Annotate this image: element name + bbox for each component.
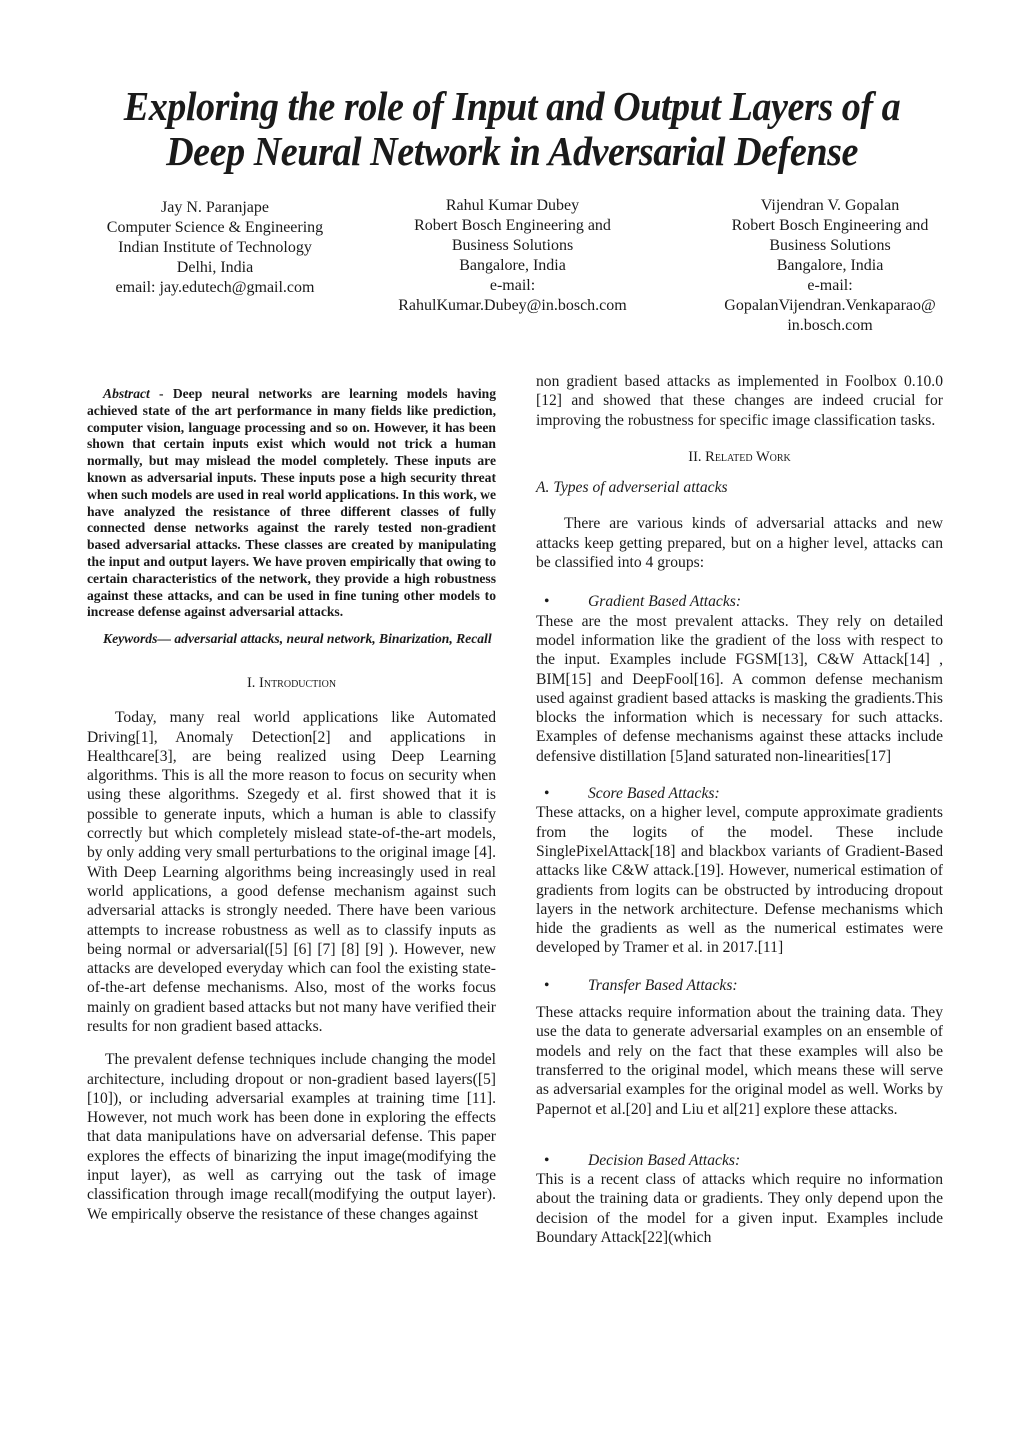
title-line-1: Exploring the role of Input and Output L…: [73, 84, 951, 129]
bullet-icon: •: [544, 1151, 588, 1170]
intro-paragraph-1: Today, many real world applications like…: [87, 708, 496, 1036]
bullet-icon: •: [544, 976, 588, 995]
bullet-title: Gradient Based Attacks:: [588, 593, 741, 610]
author-affiliation: Business Solutions: [380, 236, 645, 256]
author-email: RahulKumar.Dubey@in.bosch.com: [380, 296, 645, 316]
author-email-label: e-mail:: [690, 276, 970, 296]
bullet-score-based: •Score Based Attacks:: [536, 784, 943, 803]
author-name: Vijendran V. Gopalan: [690, 196, 970, 216]
author-email-label: e-mail:: [380, 276, 645, 296]
keywords-label: Keywords—: [103, 631, 171, 646]
author-3: Vijendran V. Gopalan Robert Bosch Engine…: [690, 196, 970, 336]
author-email: email: jay.edutech@gmail.com: [90, 278, 340, 298]
abstract-separator: -: [150, 386, 173, 401]
author-affiliation: Business Solutions: [690, 236, 970, 256]
bullet-gradient-based: •Gradient Based Attacks:: [536, 592, 943, 611]
right-column: non gradient based attacks as implemente…: [536, 372, 943, 1247]
related-intro: There are various kinds of adversarial a…: [536, 514, 943, 572]
author-location: Bangalore, India: [690, 256, 970, 276]
bullet-text-transfer: These attacks require information about …: [536, 1003, 943, 1119]
bullet-text-score: These attacks, on a higher level, comput…: [536, 803, 943, 957]
author-name: Jay N. Paranjape: [90, 198, 340, 218]
author-email-cont: in.bosch.com: [690, 316, 970, 336]
intro-paragraph-2: The prevalent defense techniques include…: [87, 1050, 496, 1224]
author-affiliation: Computer Science & Engineering: [90, 218, 340, 238]
left-column: Abstract - Deep neural networks are lear…: [87, 386, 496, 1224]
author-2: Rahul Kumar Dubey Robert Bosch Engineeri…: [380, 196, 645, 316]
author-email: GopalanVijendran.Venkaparao@: [690, 296, 970, 316]
subsection-heading: A. Types of adverserial attacks: [536, 478, 943, 497]
paper-title: Exploring the role of Input and Output L…: [73, 84, 951, 174]
bullet-icon: •: [544, 592, 588, 611]
author-location: Bangalore, India: [380, 256, 645, 276]
author-name: Rahul Kumar Dubey: [380, 196, 645, 216]
keywords: Keywords— adversarial attacks, neural ne…: [87, 631, 496, 648]
bullet-text-decision: This is a recent class of attacks which …: [536, 1170, 943, 1247]
author-affiliation: Robert Bosch Engineering and: [380, 216, 645, 236]
author-affiliation: Robert Bosch Engineering and: [690, 216, 970, 236]
abstract: Abstract - Deep neural networks are lear…: [87, 386, 496, 621]
abstract-label: Abstract: [103, 386, 150, 401]
keywords-text: adversarial attacks, neural network, Bin…: [174, 631, 491, 646]
bullet-title: Score Based Attacks:: [588, 785, 720, 802]
intro-paragraph-3: non gradient based attacks as implemente…: [536, 372, 943, 430]
section-heading-related-work: II. Related Work: [536, 448, 943, 467]
author-1: Jay N. Paranjape Computer Science & Engi…: [90, 198, 340, 298]
bullet-decision-based: •Decision Based Attacks:: [536, 1151, 943, 1170]
author-affiliation: Indian Institute of Technology: [90, 238, 340, 258]
abstract-text: Deep neural networks are learning models…: [87, 386, 496, 619]
bullet-transfer-based: •Transfer Based Attacks:: [536, 976, 943, 995]
title-line-2: Deep Neural Network in Adversarial Defen…: [73, 129, 951, 174]
bullet-title: Transfer Based Attacks:: [588, 977, 738, 994]
bullet-icon: •: [544, 784, 588, 803]
bullet-text-gradient: These are the most prevalent attacks. Th…: [536, 612, 943, 766]
section-heading-introduction: I. Introduction: [87, 674, 496, 693]
author-location: Delhi, India: [90, 258, 340, 278]
bullet-title: Decision Based Attacks:: [588, 1152, 740, 1169]
